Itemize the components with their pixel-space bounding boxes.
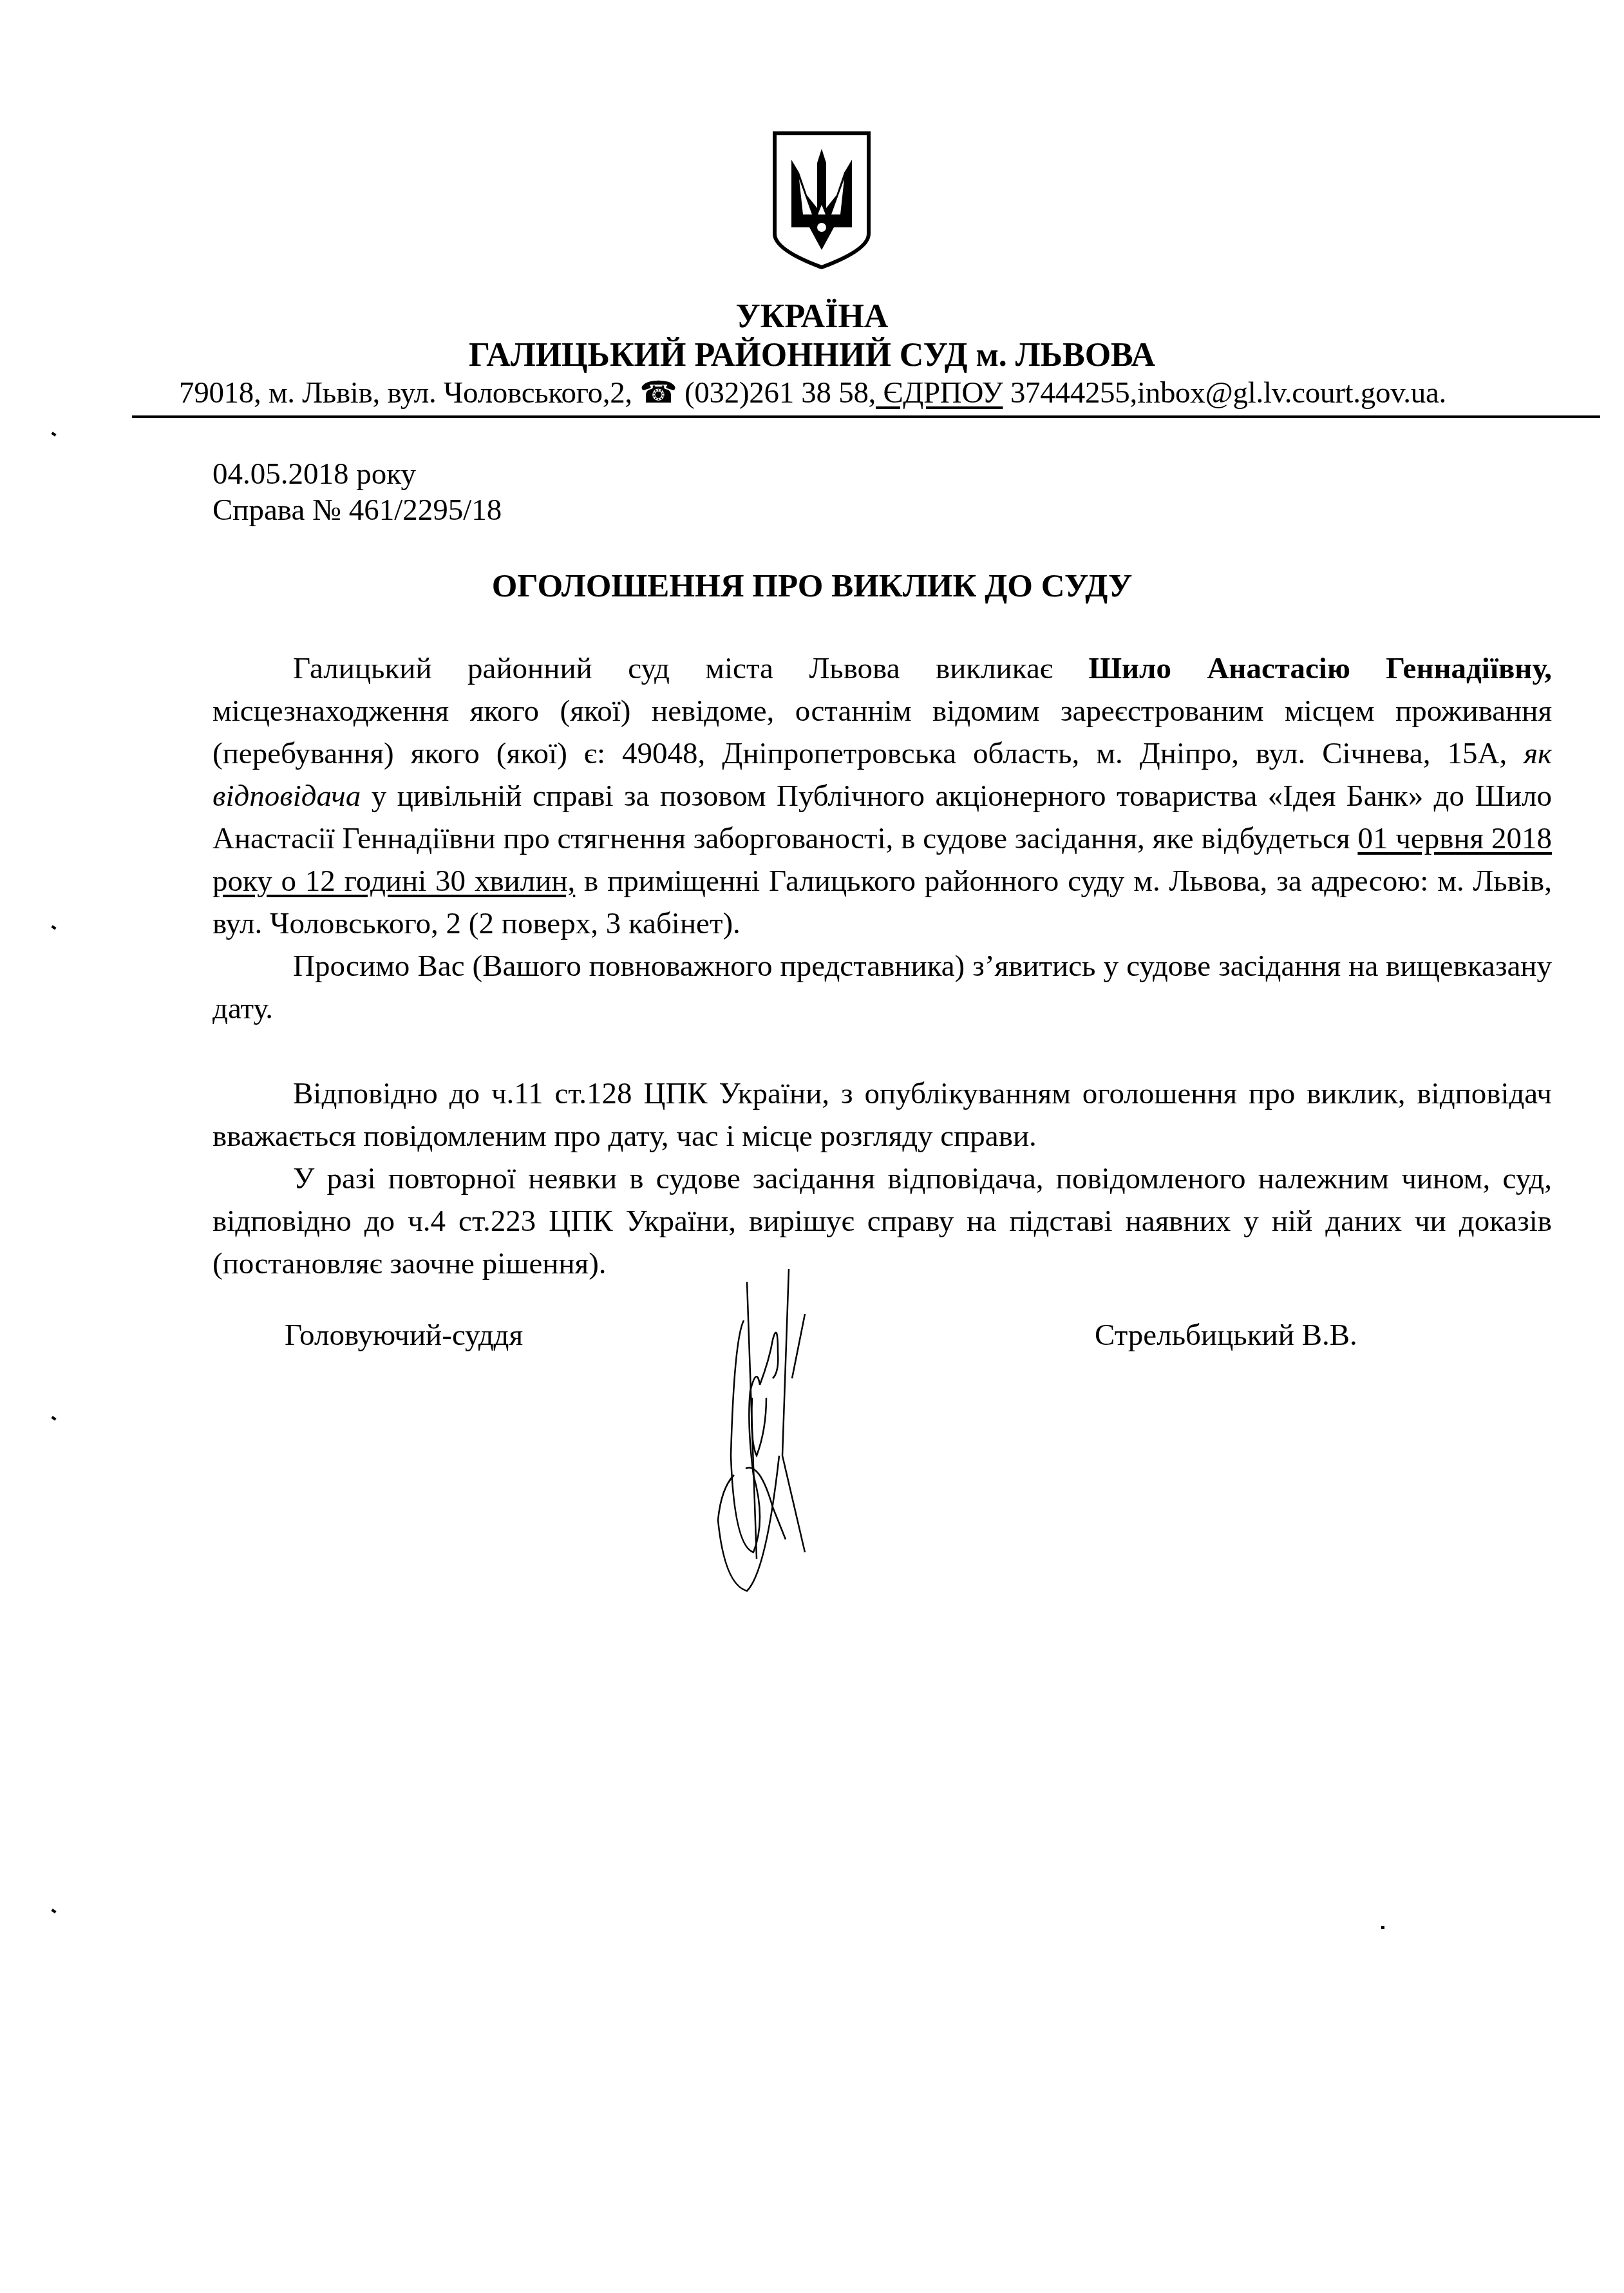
defendant-name: Шило Анастасію Геннадіївну, [1088,652,1552,685]
request-paragraph: Просимо Вас (Вашого повноважного предста… [212,945,1552,1030]
notice-paragraph: Відповідно до ч.11 ст.128 ЦПК України, з… [212,1072,1552,1157]
court-phone: (032)261 38 58, [685,376,876,410]
signatory-role: Головуючий-суддя [285,1317,523,1353]
scan-artifact [51,1416,56,1420]
telephone-icon: ☎ [639,376,677,410]
document-title: ОГОЛОШЕННЯ ПРО ВИКЛИК ДО СУДУ [0,567,1624,605]
header-divider [132,415,1600,418]
court-name: ГАЛИЦЬКИЙ РАЙОННИЙ СУД м. ЛЬВОВА [0,336,1624,375]
document-date: 04.05.2018 року [212,456,416,492]
court-address: 79018, м. Львів, вул. Чоловського,2, [179,376,639,410]
scan-artifact [1381,1926,1384,1929]
edrpou-label: ЄДРПОУ [876,376,1003,410]
summons-paragraph: Галицький районний суд міста Львова викл… [212,647,1552,945]
scan-artifact [51,432,56,436]
document-body: Галицький районний суд міста Львова викл… [212,647,1552,1285]
court-contacts: 79018, м. Львів, вул. Чоловського,2, ☎ (… [179,375,1446,411]
case-number: Справа № 461/2295/18 [212,492,502,528]
scan-artifact [51,1908,56,1913]
ukraine-trident-emblem-icon [771,131,873,269]
handwritten-signature-icon [695,1262,889,1604]
judge-name: Стрельбицький В.В. [1095,1317,1357,1353]
edrpou-and-email: 37444255,inbox@gl.lv.court.gov.ua. [1003,376,1446,410]
scan-artifact [51,925,56,929]
country-name: УКРАЇНА [0,298,1624,336]
